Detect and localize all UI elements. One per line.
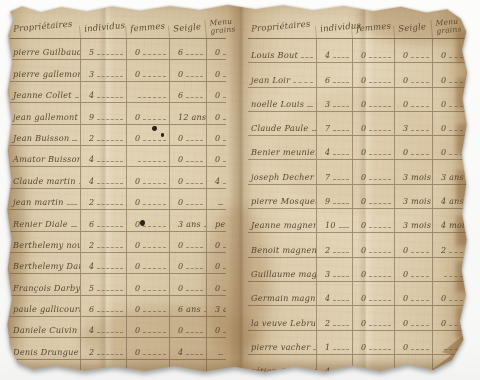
dash-leader bbox=[369, 154, 391, 155]
owner-name: Benier meunier bbox=[248, 147, 316, 159]
dash-leader bbox=[369, 252, 391, 253]
owner-name: François Darby bbox=[10, 283, 80, 295]
cell-value: 0 bbox=[132, 220, 141, 231]
dash-leader bbox=[97, 97, 123, 98]
ledger-header: Propriétaires individus femmes Seigle Me… bbox=[10, 6, 226, 39]
ledger-row: Berthelemy nouveau2000 bbox=[10, 232, 226, 253]
value-cell: 0 bbox=[352, 258, 394, 281]
owner-name-cell: Guillaume magnent bbox=[248, 258, 316, 281]
dash-leader bbox=[58, 375, 77, 376]
cell-value: 0 bbox=[132, 48, 141, 59]
cell-value: 1 bbox=[322, 343, 331, 354]
value-cell: 0 bbox=[352, 306, 394, 329]
dash-leader bbox=[223, 332, 226, 333]
value-cell: 6 bbox=[80, 296, 126, 316]
cell-value: 4 bbox=[86, 326, 95, 337]
dash-leader bbox=[186, 97, 203, 98]
dash-leader bbox=[186, 204, 203, 205]
ledger-row: jean Loir6000 bbox=[248, 63, 466, 87]
value-cell bbox=[126, 146, 169, 166]
owner-name-cell: pierre gallemont bbox=[10, 60, 80, 80]
ledger-row: pierre gallemont3000 bbox=[10, 60, 226, 81]
ledger-row: jean gallemont9012 ans0 bbox=[10, 103, 226, 124]
value-cell: 6 bbox=[169, 82, 206, 102]
value-cell: 12 ans bbox=[169, 103, 206, 123]
dash-leader bbox=[333, 325, 349, 326]
cell-value: 3 ans bbox=[175, 220, 202, 231]
dash-leader bbox=[97, 247, 123, 248]
cell-value: 0 bbox=[175, 198, 184, 209]
value-cell: 3 bbox=[394, 112, 432, 135]
dash-leader bbox=[97, 54, 123, 55]
owner-name: pierre gallemont bbox=[10, 69, 80, 81]
dash-leader bbox=[449, 154, 463, 155]
value-cell: 0 bbox=[126, 103, 169, 123]
cell-value: 0 bbox=[212, 91, 221, 102]
cell-value: 4 bbox=[86, 262, 95, 273]
cell-value: 0 bbox=[212, 241, 221, 252]
dash-leader bbox=[92, 375, 123, 376]
cell-value: 0 bbox=[358, 148, 367, 159]
dash-leader bbox=[223, 268, 226, 269]
dash-leader bbox=[339, 227, 349, 228]
value-cell: 0 bbox=[432, 136, 466, 159]
value-cell: 2 bbox=[80, 125, 126, 145]
owner-name-cell: Benier meunier bbox=[248, 136, 316, 159]
cell-value bbox=[132, 100, 136, 102]
column-header-menu-grains: Menu grains bbox=[430, 17, 465, 38]
value-cell: 0 bbox=[394, 306, 432, 329]
cell-value: 0 bbox=[132, 348, 141, 359]
owner-name-cell: noelle Louis bbox=[248, 88, 316, 111]
value-cell: 0 bbox=[206, 125, 226, 145]
owner-name-cell: Gombaud bbox=[10, 360, 80, 380]
cell-value: 0 bbox=[358, 270, 367, 281]
cell-value: 2 bbox=[86, 348, 95, 359]
value-cell: 9 bbox=[80, 103, 126, 123]
ledger-row: pierre Mosquet903 mois4 ans 3 mois bbox=[248, 185, 466, 209]
cell-value: 3 ans 3 mois bbox=[438, 173, 466, 184]
cell-value: 0 bbox=[132, 70, 141, 81]
cell-value: 4 bbox=[322, 367, 331, 378]
cell-value: 0 bbox=[132, 262, 141, 273]
value-cell bbox=[169, 360, 206, 380]
cell-value bbox=[438, 279, 442, 281]
value-cell: 0 bbox=[394, 282, 432, 305]
owner-name: Amator Buisson bbox=[10, 154, 80, 166]
cell-value: 0 bbox=[358, 343, 367, 354]
value-cell: 0 bbox=[206, 39, 226, 59]
dash-leader bbox=[186, 161, 203, 162]
value-cell: 4 bbox=[80, 167, 126, 187]
cell-value: 3 bbox=[322, 100, 331, 111]
cell-value: 0 bbox=[175, 155, 184, 166]
dash-leader bbox=[369, 82, 391, 83]
dash-leader bbox=[138, 161, 166, 162]
value-cell: 6 bbox=[169, 39, 206, 59]
owner-name-cell: Jeanne magnent bbox=[248, 209, 316, 232]
dash-leader bbox=[143, 76, 166, 77]
dash-leader bbox=[143, 247, 166, 248]
dash-leader bbox=[369, 276, 391, 277]
dash-leader bbox=[218, 375, 223, 376]
ledger-row: Benier meunier4000 bbox=[248, 136, 466, 160]
cell-value bbox=[212, 207, 216, 209]
column-header-individus: individus bbox=[79, 22, 126, 38]
ledger-row: Amator Buisson400 bbox=[10, 146, 226, 167]
cell-value: 9 bbox=[322, 197, 331, 208]
dash-leader bbox=[333, 300, 349, 301]
owner-name: pierre Guilbaud bbox=[10, 47, 80, 59]
value-cell: 0 bbox=[126, 232, 169, 252]
ledger-row: pierre Guilbaud5060 bbox=[10, 39, 226, 60]
value-cell: 0 bbox=[352, 136, 394, 159]
cell-value: 3 mois bbox=[400, 221, 432, 232]
column-header-proprietaires: Propriétaires bbox=[247, 20, 316, 38]
dash-leader bbox=[293, 82, 313, 83]
value-cell: 3 bbox=[80, 60, 126, 80]
dash-leader bbox=[97, 332, 123, 333]
cell-value: 0 bbox=[358, 124, 367, 135]
cell-value: 0 bbox=[358, 294, 367, 305]
owner-name: Louis Bout bbox=[248, 50, 299, 62]
owner-name: Gombaud bbox=[10, 368, 56, 380]
cell-value: 0 bbox=[438, 76, 447, 87]
value-cell: 5 bbox=[80, 39, 126, 59]
cell-value: 0 bbox=[132, 326, 141, 337]
dash-leader bbox=[143, 268, 166, 269]
cell-value: 6 bbox=[322, 76, 331, 87]
cell-value: 0 bbox=[212, 155, 221, 166]
value-cell: 0 bbox=[432, 88, 466, 111]
ledger-row: rétien Guilliant4000 bbox=[248, 355, 466, 379]
cell-value: 0 bbox=[132, 113, 141, 124]
dash-leader bbox=[143, 311, 166, 312]
owner-name: jean Loir bbox=[248, 75, 291, 87]
owner-name-cell: Daniele Cuivin bbox=[10, 317, 80, 337]
value-cell: 0 bbox=[206, 253, 226, 273]
value-cell: 6 bbox=[316, 63, 352, 86]
dash-leader bbox=[411, 276, 429, 277]
dash-leader bbox=[97, 290, 123, 291]
value-cell: 0 bbox=[169, 146, 206, 166]
dash-leader bbox=[411, 154, 429, 155]
cell-value: 2 bbox=[322, 246, 331, 257]
dash-leader bbox=[223, 54, 226, 55]
cell-value: 3 bbox=[86, 70, 95, 81]
value-cell: 0 bbox=[352, 88, 394, 111]
dash-leader bbox=[411, 82, 429, 83]
cell-value: 4 bbox=[86, 155, 95, 166]
owner-name-cell: Jeanne Collet bbox=[10, 82, 80, 102]
dash-leader bbox=[333, 130, 349, 131]
value-cell: 0 bbox=[432, 306, 466, 329]
value-cell: 0 bbox=[352, 355, 394, 378]
owner-name-cell: Berthelemy nouveau bbox=[10, 232, 80, 252]
dash-leader bbox=[186, 268, 203, 269]
cell-value: 3 mois bbox=[400, 173, 432, 184]
dash-leader bbox=[75, 97, 79, 98]
dash-leader bbox=[444, 349, 463, 350]
value-cell: 3 ans bbox=[169, 210, 206, 230]
dash-leader bbox=[143, 226, 166, 227]
value-cell: 0 bbox=[394, 233, 432, 256]
owner-name: Denis Drungue bbox=[10, 347, 80, 359]
dash-leader bbox=[97, 226, 123, 227]
dash-leader bbox=[143, 354, 166, 355]
value-cell: 0 bbox=[206, 317, 226, 337]
cell-value: 0 bbox=[358, 100, 367, 111]
value-cell: 4 bbox=[80, 146, 126, 166]
dash-leader bbox=[449, 130, 463, 131]
value-cell: 2 bbox=[80, 189, 126, 209]
cell-value: 12 ans bbox=[175, 113, 206, 124]
dash-leader bbox=[186, 247, 203, 248]
page-right: Propriétaires individus femmes Seigle Me… bbox=[248, 6, 466, 368]
value-cell: 0 bbox=[169, 317, 206, 337]
cell-value: 0 bbox=[358, 51, 367, 62]
ledger-rows: pierre Guilbaud5060pierre gallemont3000J… bbox=[10, 39, 226, 380]
dash-leader bbox=[369, 300, 391, 301]
cell-value: 10 bbox=[322, 221, 337, 232]
owner-name: Jean Buisson bbox=[10, 133, 70, 145]
dash-leader bbox=[143, 290, 166, 291]
dash-leader bbox=[143, 140, 166, 141]
cell-value: 0 bbox=[132, 177, 141, 188]
column-header-seigle: Seigle bbox=[393, 23, 432, 38]
dash-leader bbox=[449, 325, 463, 326]
value-cell: 4 bbox=[80, 82, 126, 102]
owner-name-cell: Denis Drungue bbox=[10, 338, 80, 358]
owner-name-cell: la veuve Lebrune bbox=[248, 306, 316, 329]
owner-name: la veuve Lebrune bbox=[248, 318, 316, 330]
column-header-menu-grains: Menu grains bbox=[204, 17, 236, 38]
value-cell: 0 bbox=[126, 189, 169, 209]
cell-value: 0 bbox=[400, 100, 409, 111]
page-left: Propriétaires individus femmes Seigle Me… bbox=[10, 6, 226, 368]
cell-value: 0 bbox=[438, 319, 447, 330]
cell-value: 0 bbox=[358, 197, 367, 208]
value-cell: 3 mois bbox=[394, 160, 432, 183]
cell-value: 0 bbox=[438, 148, 447, 159]
cell-value: 0 bbox=[400, 367, 409, 378]
cell-value: 0 bbox=[400, 51, 409, 62]
dash-leader bbox=[67, 204, 77, 205]
cell-value: 0 bbox=[175, 262, 184, 273]
value-cell: 2 bbox=[316, 306, 352, 329]
cell-value: 7 bbox=[322, 173, 331, 184]
owner-name-cell: rétien Guilliant bbox=[248, 355, 316, 378]
value-cell: 0 bbox=[126, 60, 169, 80]
value-cell: 3 mois bbox=[394, 185, 432, 208]
ledger-row: François Darby5000 bbox=[10, 274, 226, 295]
cell-value: 0 bbox=[132, 134, 141, 145]
owner-name: Guillaume magnent bbox=[248, 269, 316, 281]
dash-leader bbox=[333, 154, 349, 155]
dash-leader bbox=[186, 76, 203, 77]
value-cell: 0 bbox=[394, 63, 432, 86]
cell-value: 0 bbox=[132, 198, 141, 209]
ledger-row: Jean Buisson2000 bbox=[10, 125, 226, 146]
value-cell: 0 bbox=[169, 189, 206, 209]
dash-leader bbox=[369, 203, 391, 204]
value-cell: 0 bbox=[352, 160, 394, 183]
ledger-row: joseph Decher703 mois3 ans 3 mois bbox=[248, 160, 466, 184]
cell-value: 4 bbox=[322, 51, 331, 62]
cell-value: 4 bbox=[175, 348, 184, 359]
scanned-ledger-image: Propriétaires individus femmes Seigle Me… bbox=[0, 0, 480, 380]
ledger-row: Jeanne magnent1003 mois4 mois 1 an bbox=[248, 209, 466, 233]
owner-name-cell: François Darby bbox=[10, 274, 80, 294]
cell-value: 0 bbox=[175, 70, 184, 81]
dash-leader bbox=[449, 252, 463, 253]
value-cell: 0 bbox=[394, 88, 432, 111]
dash-leader bbox=[449, 82, 463, 83]
value-cell: 0 bbox=[394, 258, 432, 281]
value-cell: 0 bbox=[126, 167, 169, 187]
cell-value: 0 bbox=[400, 148, 409, 159]
dash-leader bbox=[411, 252, 429, 253]
cell-value bbox=[132, 164, 136, 166]
dash-leader bbox=[307, 106, 313, 107]
paper-shadow-wrap: Propriétaires individus femmes Seigle Me… bbox=[0, 0, 480, 380]
cell-value: 9 bbox=[86, 113, 95, 124]
dash-leader bbox=[333, 82, 349, 83]
dash-leader bbox=[97, 354, 123, 355]
value-cell: 2 bbox=[80, 338, 126, 358]
dash-leader bbox=[143, 54, 166, 55]
cell-value: 3 ans bbox=[212, 305, 226, 316]
ledger-row-struck: Gombaud bbox=[10, 360, 226, 380]
cell-value: 0 bbox=[438, 100, 447, 111]
value-cell: 0 bbox=[352, 233, 394, 256]
value-cell bbox=[432, 331, 466, 354]
dash-leader bbox=[411, 130, 429, 131]
dash-leader bbox=[369, 227, 391, 228]
dash-leader bbox=[218, 204, 223, 205]
owner-name-cell: Claude martin bbox=[10, 167, 80, 187]
cell-value: 2 bbox=[86, 241, 95, 252]
value-cell: 0 bbox=[394, 355, 432, 378]
cell-value: 0 bbox=[175, 326, 184, 337]
owner-name-cell: jean Loir bbox=[248, 63, 316, 86]
dash-leader bbox=[186, 332, 203, 333]
dash-leader bbox=[449, 373, 463, 374]
owner-name: paule gallicourt bbox=[10, 304, 80, 316]
value-cell: 3 mois bbox=[394, 209, 432, 232]
ledger-row: Denis Drungue204 bbox=[10, 338, 226, 359]
value-cell bbox=[206, 338, 226, 358]
owner-name: pierre Mosquet bbox=[248, 196, 316, 208]
value-cell bbox=[206, 189, 226, 209]
value-cell: 0 bbox=[394, 331, 432, 354]
cell-value: 3 bbox=[322, 270, 331, 281]
value-cell: 0 bbox=[206, 232, 226, 252]
dash-leader bbox=[143, 119, 166, 120]
dash-leader bbox=[223, 290, 226, 291]
cell-value: 0 bbox=[132, 284, 141, 295]
value-cell: 2 bbox=[432, 233, 466, 256]
dash-leader bbox=[143, 204, 166, 205]
ledger-row: Claude Paule7030 bbox=[248, 112, 466, 136]
dash-leader bbox=[186, 290, 203, 291]
dash-leader bbox=[449, 57, 463, 58]
owner-name: Daniele Cuivin bbox=[10, 325, 78, 337]
dash-leader bbox=[97, 119, 123, 120]
value-cell: 0 bbox=[352, 112, 394, 135]
dash-leader bbox=[72, 140, 77, 141]
dash-leader bbox=[181, 375, 203, 376]
owner-name-cell: joseph Decher bbox=[248, 160, 316, 183]
ledger-row: Daniele Cuivin4000 bbox=[10, 317, 226, 338]
value-cell: 6 ans bbox=[169, 296, 206, 316]
owner-name: noelle Louis bbox=[248, 99, 305, 111]
value-cell: 4 bbox=[316, 282, 352, 305]
owner-name: Claude martin bbox=[10, 176, 77, 188]
cell-value: 6 bbox=[86, 220, 95, 231]
owner-name: Jeanne Collet bbox=[10, 90, 73, 102]
owner-name: jean martin bbox=[10, 197, 65, 209]
value-cell: 0 bbox=[126, 317, 169, 337]
value-cell bbox=[126, 82, 169, 102]
value-cell: 0 bbox=[126, 296, 169, 316]
cell-value: 0 bbox=[212, 134, 221, 145]
dash-leader bbox=[97, 268, 123, 269]
ledger-row: Louis Bout4000 bbox=[248, 39, 466, 63]
owner-name: jean gallemont bbox=[10, 112, 79, 124]
value-cell: 0 bbox=[206, 60, 226, 80]
cell-value: 0 bbox=[212, 70, 221, 81]
dash-leader bbox=[301, 57, 313, 58]
dash-leader bbox=[97, 311, 123, 312]
ledger-header: Propriétaires individus femmes Seigle Me… bbox=[248, 6, 466, 39]
value-cell: 0 bbox=[352, 331, 394, 354]
value-cell: 4 bbox=[316, 355, 352, 378]
value-cell: 3 ans bbox=[206, 296, 226, 316]
dash-leader bbox=[223, 140, 226, 141]
dash-leader bbox=[312, 130, 316, 131]
cell-value: 4 ans 3 mois bbox=[438, 197, 466, 208]
value-cell: 10 bbox=[316, 209, 352, 232]
ledger-row: pierre vacher100 bbox=[248, 331, 466, 355]
cell-value: 5 bbox=[86, 284, 95, 295]
cell-value: 0 bbox=[438, 124, 447, 135]
dash-leader bbox=[223, 76, 226, 77]
value-cell: 0 bbox=[432, 112, 466, 135]
column-header-seigle: Seigle bbox=[168, 23, 206, 38]
cell-value: 0 bbox=[400, 319, 409, 330]
value-cell: 5 bbox=[80, 274, 126, 294]
owner-name-cell: jean martin bbox=[10, 189, 80, 209]
dash-leader bbox=[333, 179, 349, 180]
dash-leader bbox=[223, 97, 226, 98]
dash-leader bbox=[223, 119, 226, 120]
value-cell: 0 bbox=[432, 63, 466, 86]
value-cell: 3 bbox=[316, 258, 352, 281]
cell-value: 0 bbox=[438, 294, 447, 305]
value-cell: 0 bbox=[169, 274, 206, 294]
value-cell: 0 bbox=[169, 167, 206, 187]
value-cell: 0 bbox=[352, 209, 394, 232]
dash-leader bbox=[444, 276, 463, 277]
cell-value: 6 bbox=[175, 91, 184, 102]
ledger-row: Guillaume magnent300 bbox=[248, 258, 466, 282]
value-cell bbox=[126, 360, 169, 380]
value-cell: 0 bbox=[206, 82, 226, 102]
dash-leader bbox=[97, 140, 123, 141]
value-cell: 0 bbox=[432, 39, 466, 62]
cell-value: personne bbox=[212, 220, 226, 231]
